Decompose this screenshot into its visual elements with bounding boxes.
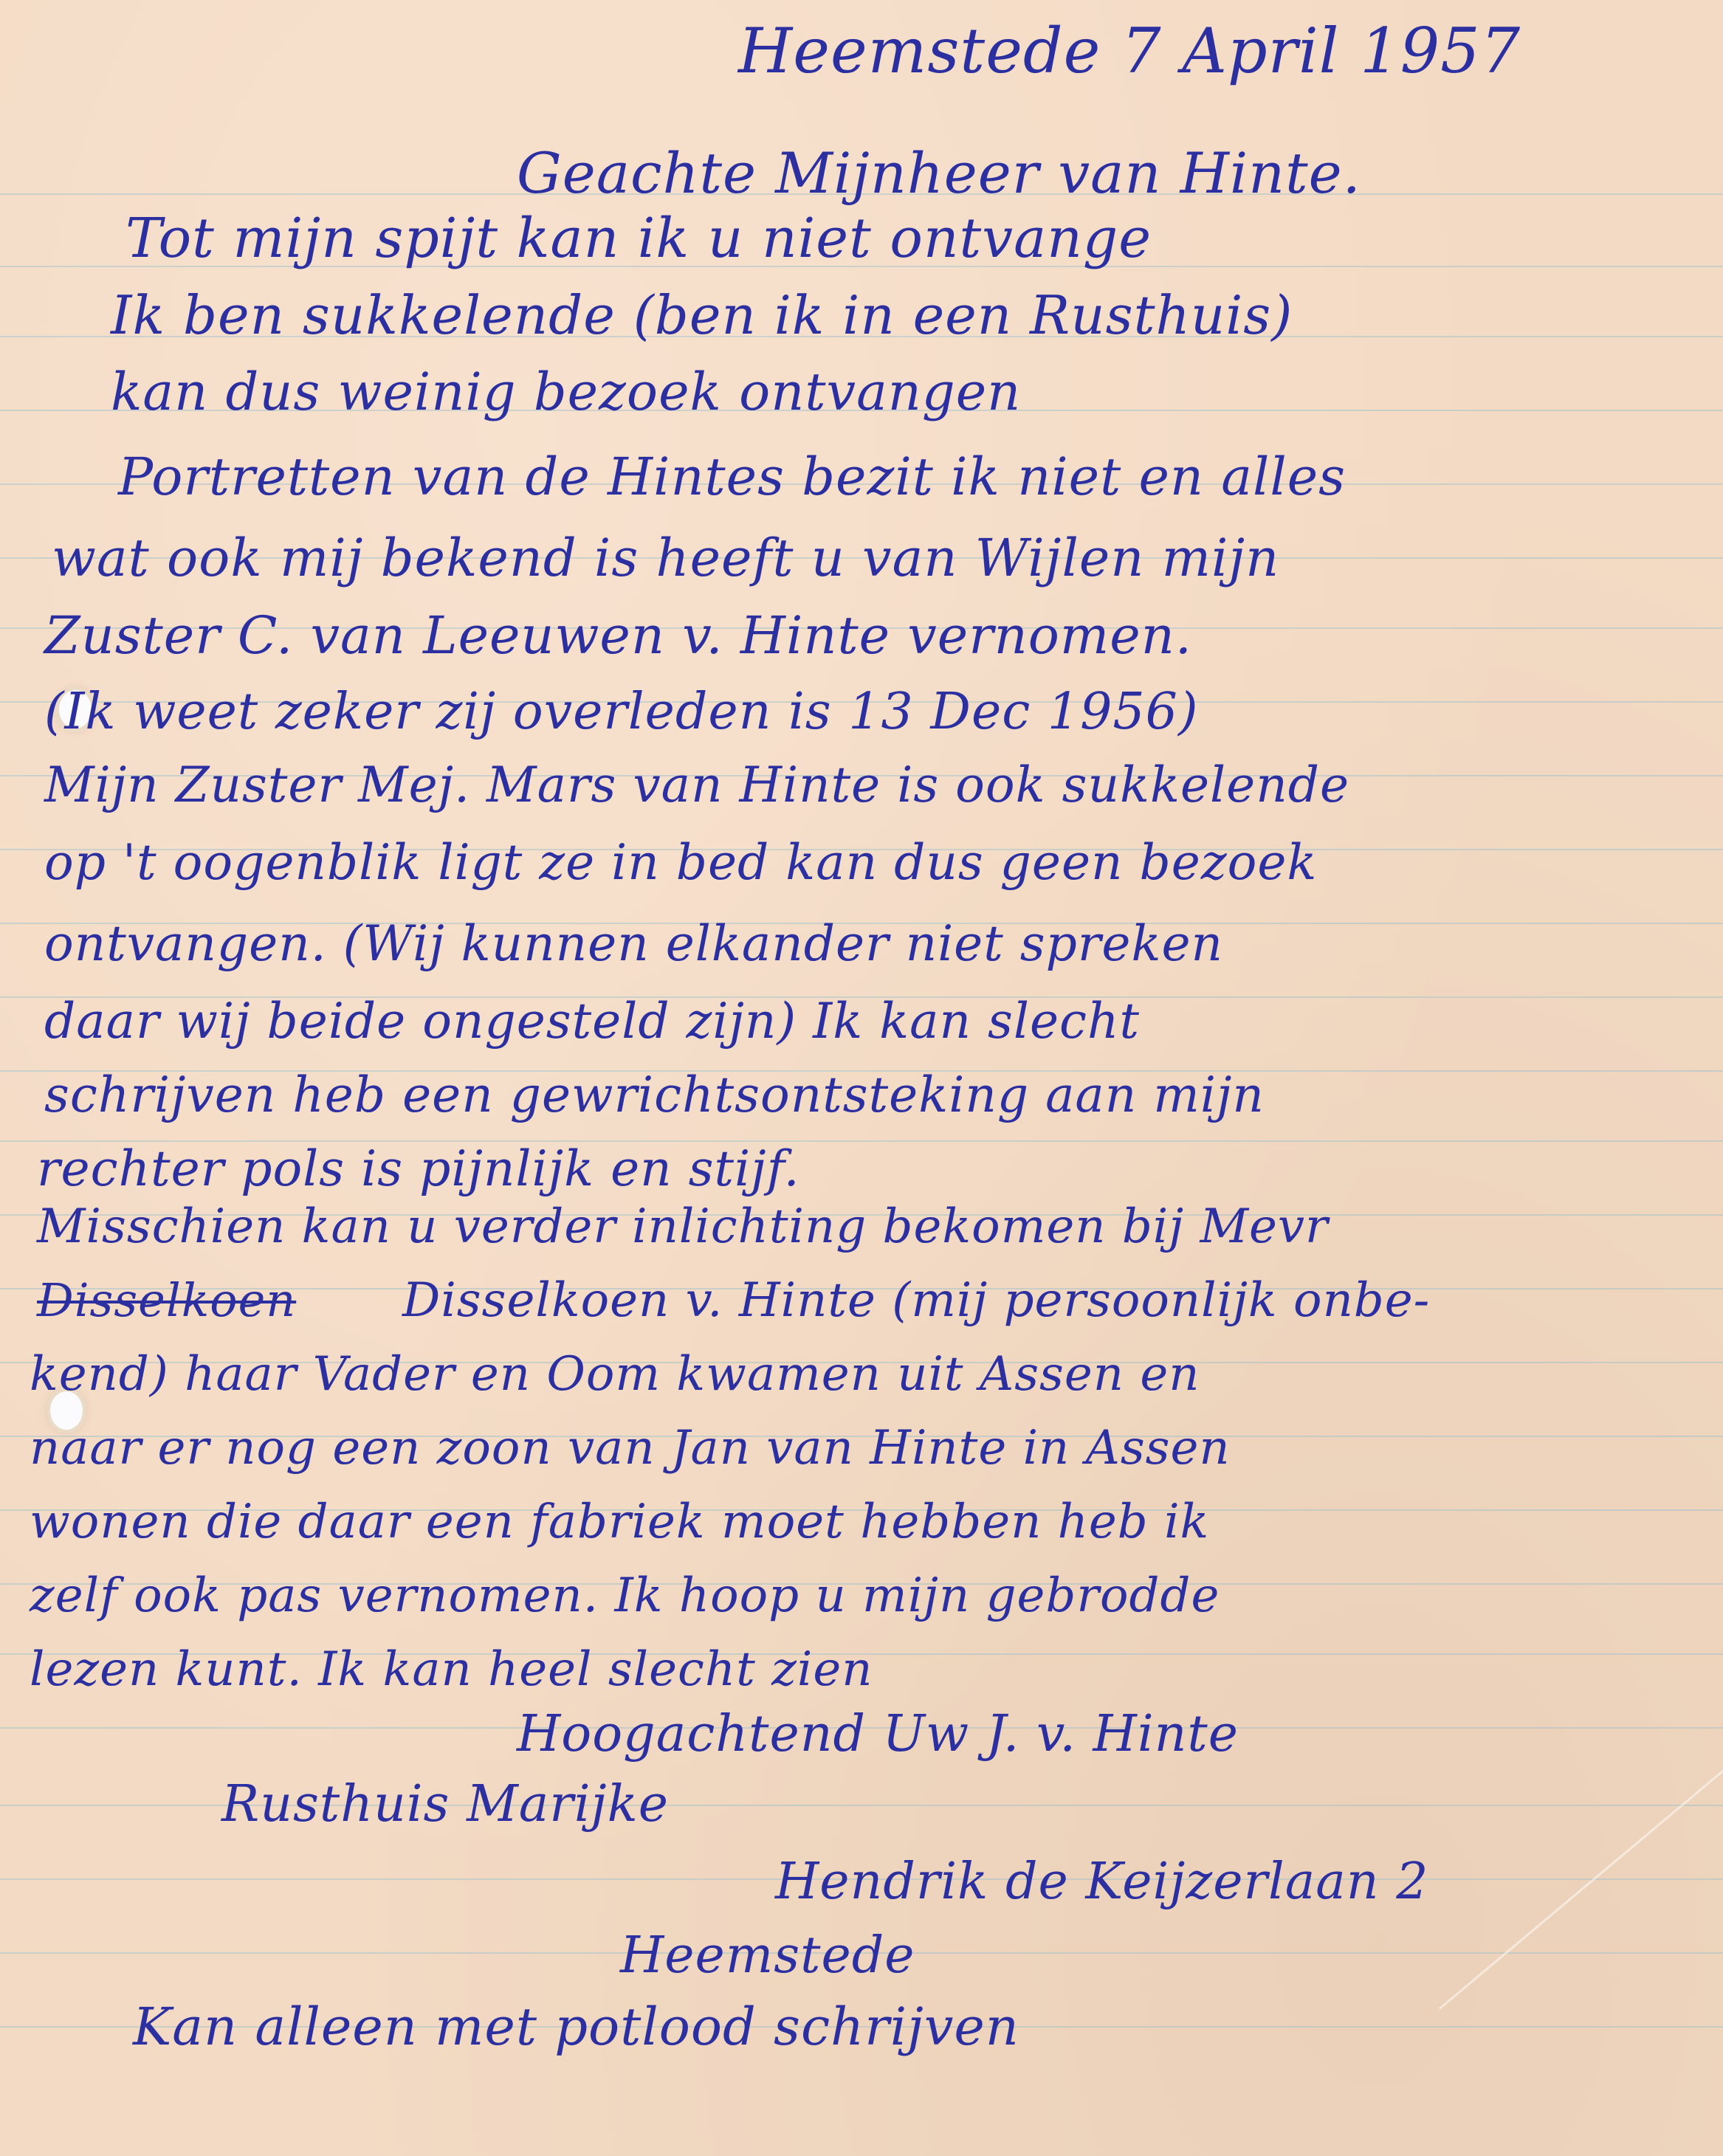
address-street: Hendrik de Keijzerlaan 2	[775, 1853, 1428, 1911]
body-line: ontvangen. (Wij kunnen elkander niet spr…	[44, 915, 1223, 972]
body-line: wat ook mij bekend is heeft u van Wijlen…	[52, 528, 1279, 588]
body-line: naar er nog een zoon van Jan van Hinte i…	[30, 1421, 1231, 1475]
body-line: kan dus weinig bezoek ontvangen	[111, 362, 1021, 422]
address-institution: Rusthuis Marijke	[221, 1775, 669, 1833]
body-line: daar wij beide ongesteld zijn) Ik kan sl…	[44, 993, 1140, 1050]
body-line: Ik ben sukkelende (ben ik in een Rusthui…	[111, 284, 1293, 346]
body-line: Misschien kan u verder inlichting bekome…	[37, 1199, 1329, 1254]
body-line: zelf ook pas vernomen. Ik hoop u mijn ge…	[30, 1568, 1220, 1623]
address-city: Heemstede	[620, 1926, 915, 1985]
salutation: Geachte Mijnheer van Hinte.	[517, 140, 1361, 206]
body-line: op 't oogenblik ligt ze in bed kan dus g…	[44, 834, 1317, 891]
body-line: kend) haar Vader en Oom kwamen uit Assen…	[30, 1347, 1200, 1402]
body-line: Zuster C. van Leeuwen v. Hinte vernomen.	[44, 605, 1192, 666]
body-line: (Ik weet zeker zij overleden is 13 Dec 1…	[44, 683, 1198, 741]
postscript: Kan alleen met potlood schrijven	[133, 1997, 1019, 2057]
body-line: wonen die daar een fabriek moet hebben h…	[30, 1495, 1209, 1549]
closing-signature: Hoogachtend Uw J. v. Hinte	[517, 1705, 1239, 1763]
body-line: schrijven heb een gewrichtsontsteking aa…	[44, 1067, 1265, 1123]
body-line: Disselkoen v. Hinte (mij persoonlijk onb…	[402, 1273, 1430, 1328]
place-date-heading: Heemstede 7 April 1957	[738, 15, 1521, 87]
struck-out-word: Disselkoen	[37, 1273, 296, 1327]
body-line: Tot mijn spijt kan ik u niet ontvange	[125, 207, 1152, 270]
body-line: rechter pols is pijnlijk en stijf.	[37, 1140, 800, 1197]
struck-word: Disselkoen	[37, 1273, 296, 1327]
body-line: Mijn Zuster Mej. Mars van Hinte is ook s…	[44, 757, 1349, 813]
body-line: Portretten van de Hintes bezit ik niet e…	[118, 447, 1346, 507]
body-line: lezen kunt. Ik kan heel slecht zien	[30, 1642, 873, 1697]
